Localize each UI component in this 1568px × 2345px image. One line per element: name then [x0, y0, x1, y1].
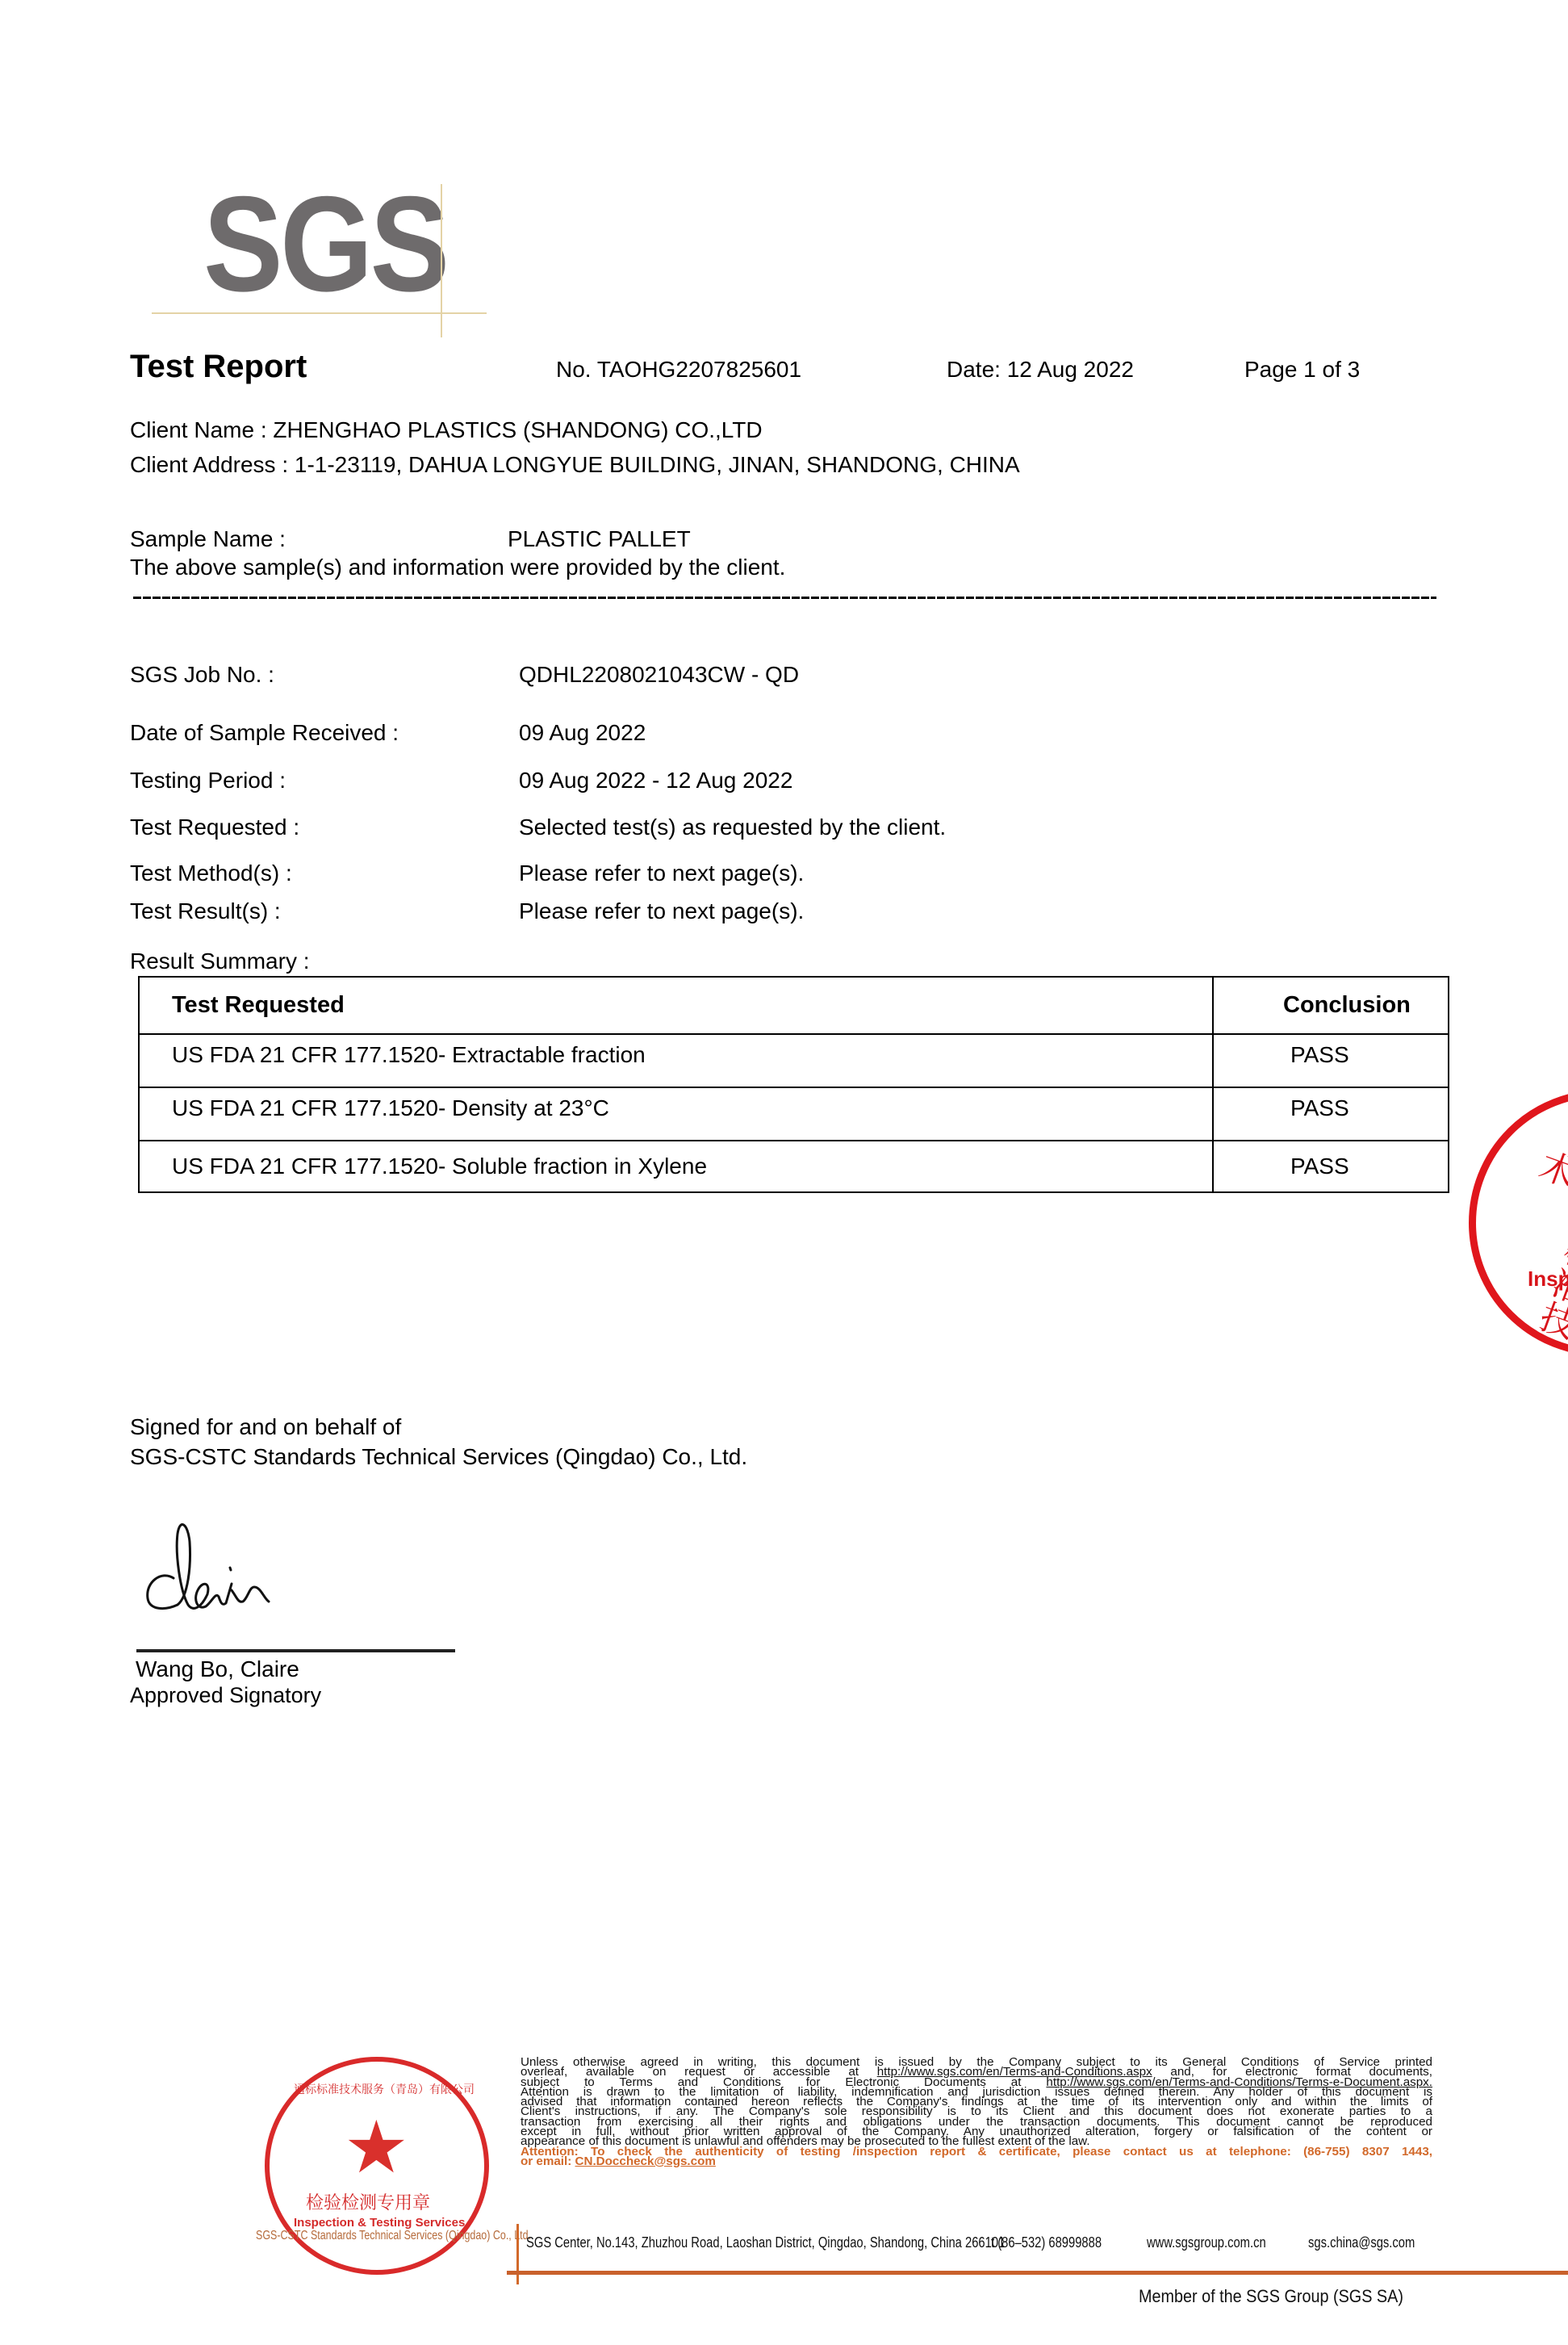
testing-period-label: Testing Period : [130, 768, 286, 794]
handwritten-signature [141, 1518, 399, 1623]
report-number: No. TAOHG2207825601 [556, 357, 801, 383]
table-row: US FDA 21 CFR 177.1520- Extractable frac… [139, 1034, 1449, 1087]
column-header-conclusion: Conclusion [1213, 977, 1449, 1034]
logo-rule-vertical [441, 184, 442, 337]
signatory-name: Wang Bo, Claire [136, 1656, 299, 1682]
report-title: Test Report [130, 349, 307, 385]
test-methods-label: Test Method(s) : [130, 861, 292, 886]
test-requested-value: Selected test(s) as requested by the cli… [519, 814, 946, 840]
page-indicator: Page 1 of 3 [1244, 357, 1360, 383]
column-header-test: Test Requested [139, 977, 1213, 1034]
conclusion-cell: PASS [1213, 1034, 1449, 1087]
test-cell: US FDA 21 CFR 177.1520- Soluble fraction… [139, 1141, 1213, 1192]
client-address: Client Address : 1-1-23119, DAHUA LONGYU… [130, 452, 1020, 478]
seal-english-text: Inspec [1528, 1267, 1568, 1292]
seal-chinese-text: 通标标准技术 [1470, 1141, 1568, 1356]
sample-name-label: Sample Name : [130, 526, 286, 552]
section-divider [133, 597, 1436, 599]
sample-note: The above sample(s) and information were… [130, 555, 785, 580]
result-summary-label: Result Summary : [130, 948, 310, 974]
test-cell: US FDA 21 CFR 177.1520- Extractable frac… [139, 1034, 1213, 1087]
table-header-row: Test Requested Conclusion [139, 977, 1449, 1034]
seal-english-text: Inspection & Testing Services [294, 2216, 465, 2230]
result-summary-table: Test Requested Conclusion US FDA 21 CFR … [138, 976, 1449, 1193]
sample-received-label: Date of Sample Received : [130, 720, 399, 746]
seal-company-name: SGS-CSTC Standards Technical Services (Q… [256, 2229, 531, 2243]
table-row: US FDA 21 CFR 177.1520- Density at 23°C … [139, 1087, 1449, 1141]
authenticity-line: or email: CN.Doccheck@sgs.com [521, 2157, 1432, 2167]
signed-on-behalf: Signed for and on behalf of [130, 1414, 401, 1440]
signing-company: SGS-CSTC Standards Technical Services (Q… [130, 1444, 747, 1470]
job-no-label: SGS Job No. : [130, 662, 274, 688]
test-results-label: Test Result(s) : [130, 898, 281, 924]
logo-text: SGS [203, 176, 447, 312]
client-name: Client Name : ZHENGHAO PLASTICS (SHANDON… [130, 417, 763, 443]
footer-email[interactable]: sgs.china@sgs.com [1308, 2234, 1415, 2251]
footer-divider-horizontal [507, 2271, 1568, 2275]
signatory-role: Approved Signatory [130, 1683, 321, 1708]
testing-period-value: 09 Aug 2022 - 12 Aug 2022 [519, 768, 792, 794]
footer-divider-vertical [516, 2224, 519, 2284]
test-methods-value: Please refer to next page(s). [519, 861, 804, 886]
authenticity-text: or email: [521, 2154, 575, 2168]
signature-line [136, 1649, 455, 1652]
footer-address: SGS Center, No.143, Zhuzhou Road, Laosha… [526, 2234, 1005, 2251]
conclusion-cell: PASS [1213, 1087, 1449, 1141]
conclusion-cell: PASS [1213, 1141, 1449, 1192]
footer-website[interactable]: www.sgsgroup.com.cn [1147, 2234, 1266, 2251]
legal-disclaimer: Unless otherwise agreed in writing, this… [521, 2058, 1432, 2167]
sgs-logo: SGS [129, 161, 484, 339]
star-icon: ★ [344, 2112, 409, 2184]
authenticity-notice: Attention: To check the authenticity of … [521, 2147, 1432, 2167]
doccheck-email-link[interactable]: CN.Doccheck@sgs.com [575, 2154, 716, 2168]
test-requested-label: Test Requested : [130, 814, 299, 840]
seal-chinese-text: 检验检测专用章 [306, 2189, 430, 2214]
job-no-value: QDHL2208021043CW - QD [519, 662, 799, 688]
seal-top-arc-text: 通标标准技术服务（青岛）有限公司 [294, 2081, 475, 2097]
report-date: Date: 12 Aug 2022 [947, 357, 1134, 383]
official-seal-right: 通标标准技术 检 Inspec SGS-CSTC Standards [1469, 1090, 1568, 1356]
sample-name-value: PLASTIC PALLET [508, 526, 691, 552]
test-results-value: Please refer to next page(s). [519, 898, 804, 924]
test-cell: US FDA 21 CFR 177.1520- Density at 23°C [139, 1087, 1213, 1141]
sample-received-value: 09 Aug 2022 [519, 720, 646, 746]
footer-telephone: t (86–532) 68999888 [991, 2234, 1102, 2251]
logo-rule-horizontal [152, 312, 487, 314]
table-row: US FDA 21 CFR 177.1520- Soluble fraction… [139, 1141, 1449, 1192]
member-of-sgs-group: Member of the SGS Group (SGS SA) [1139, 2286, 1403, 2307]
